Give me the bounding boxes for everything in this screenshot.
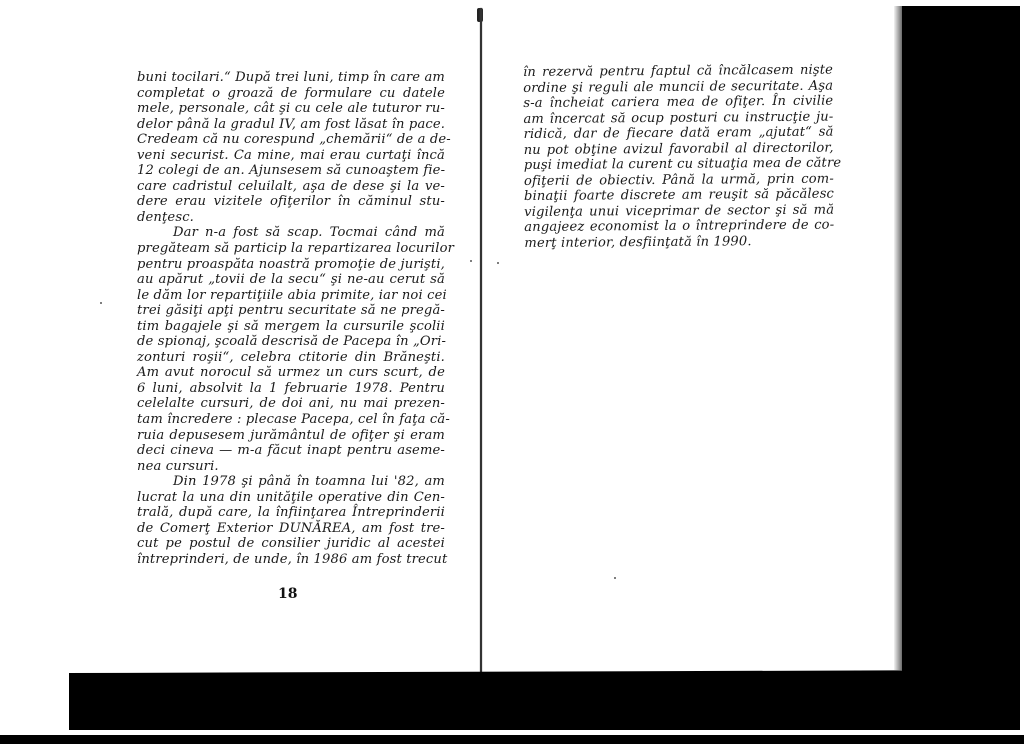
left-page-body: buni tocilari.“ După trei luni, timp în … <box>137 70 445 568</box>
text-line: care cadristul celuilalt, aşa de dese şi… <box>137 179 445 195</box>
text-line: întreprinderi, de unde, în 1986 am fost … <box>137 552 445 568</box>
text-line: merţ interior, desfiinţată în 1990. <box>524 234 834 252</box>
text-line: le dăm lor repartiţiile abia primite, ia… <box>137 288 445 304</box>
paragraph-start-line: Din 1978 şi până în toamna lui '82, am <box>137 474 445 490</box>
scan-border-bottom-strip <box>0 735 1024 744</box>
text-line: deci cineva — m-a făcut inapt pentru ase… <box>137 443 445 459</box>
scan-speck <box>470 260 472 262</box>
text-line: dere erau vizitele ofiţerilor în căminul… <box>137 194 445 210</box>
text-line: cut pe postul de consilier juridic al ac… <box>137 536 445 552</box>
text-line: zonturi roşii“, celebra ctitorie din Bră… <box>137 350 445 366</box>
text-line: de spionaj, şcoală descrisă de Pacepa în… <box>137 334 445 350</box>
text-line: Am avut norocul să urmez un curs scurt, … <box>137 365 445 381</box>
text-line: veni securist. Ca mine, mai erau curtaţi… <box>137 148 445 164</box>
text-line: de Comerţ Exterior DUNĂREA, am fost tre- <box>137 521 445 537</box>
text-line: 6 luni, absolvit la 1 februarie 1978. Pe… <box>137 381 445 397</box>
text-line: buni tocilari.“ După trei luni, timp în … <box>137 70 445 86</box>
text-line: tim bagajele şi să mergem la cursurile ş… <box>137 319 445 335</box>
scan-border-right <box>902 6 1020 730</box>
text-line: celelalte cursuri, de doi ani, nu mai pr… <box>137 396 445 412</box>
text-line: angajeez economist la o întreprindere de… <box>524 218 834 236</box>
text-line: lucrat la una din unităţile operative di… <box>137 490 445 506</box>
scan-border-bottom <box>69 670 1020 730</box>
text-line: tam încredere : plecase Pacepa, cel în f… <box>137 412 445 428</box>
page-number: 18 <box>278 586 297 602</box>
text-line: 12 colegi de an. Ajunsesem să cunoaştem … <box>137 163 445 179</box>
scanned-book-spread: buni tocilari.“ După trei luni, timp în … <box>0 0 1024 744</box>
text-line: Credeam că nu corespund „chemării“ de a … <box>137 132 445 148</box>
text-line: denţesc. <box>137 210 445 226</box>
text-line: pentru proaspăta noastră promoţie de jur… <box>137 257 445 273</box>
scan-speck <box>497 262 499 264</box>
text-line: în rezervă pentru faptul că încălcasem n… <box>523 63 833 81</box>
paragraph-start-line: Dar n-a fost să scap. Tocmai când mă <box>137 225 445 241</box>
binding-gutter <box>480 8 482 672</box>
text-line: au apărut „tovii de la secu“ şi ne-au ce… <box>137 272 445 288</box>
text-line: ruia depusesem jurământul de ofiţer şi e… <box>137 428 445 444</box>
text-line: pregăteam să particip la repartizarea lo… <box>137 241 445 257</box>
text-line: completat o groază de formulare cu datel… <box>137 86 445 102</box>
text-line: trei găsiţi apţi pentru securitate să ne… <box>137 303 445 319</box>
text-line: mele, personale, cât şi cu cele ale tutu… <box>137 101 445 117</box>
text-line: trală, după care, la înfiinţarea Întrepr… <box>137 505 445 521</box>
scan-speck <box>614 577 616 579</box>
right-page-body: în rezervă pentru faptul că încălcasem n… <box>523 63 834 252</box>
text-line: delor până la gradul IV, am fost lăsat î… <box>137 117 445 133</box>
scan-speck <box>100 302 102 304</box>
text-line: nea cursuri. <box>137 459 445 475</box>
